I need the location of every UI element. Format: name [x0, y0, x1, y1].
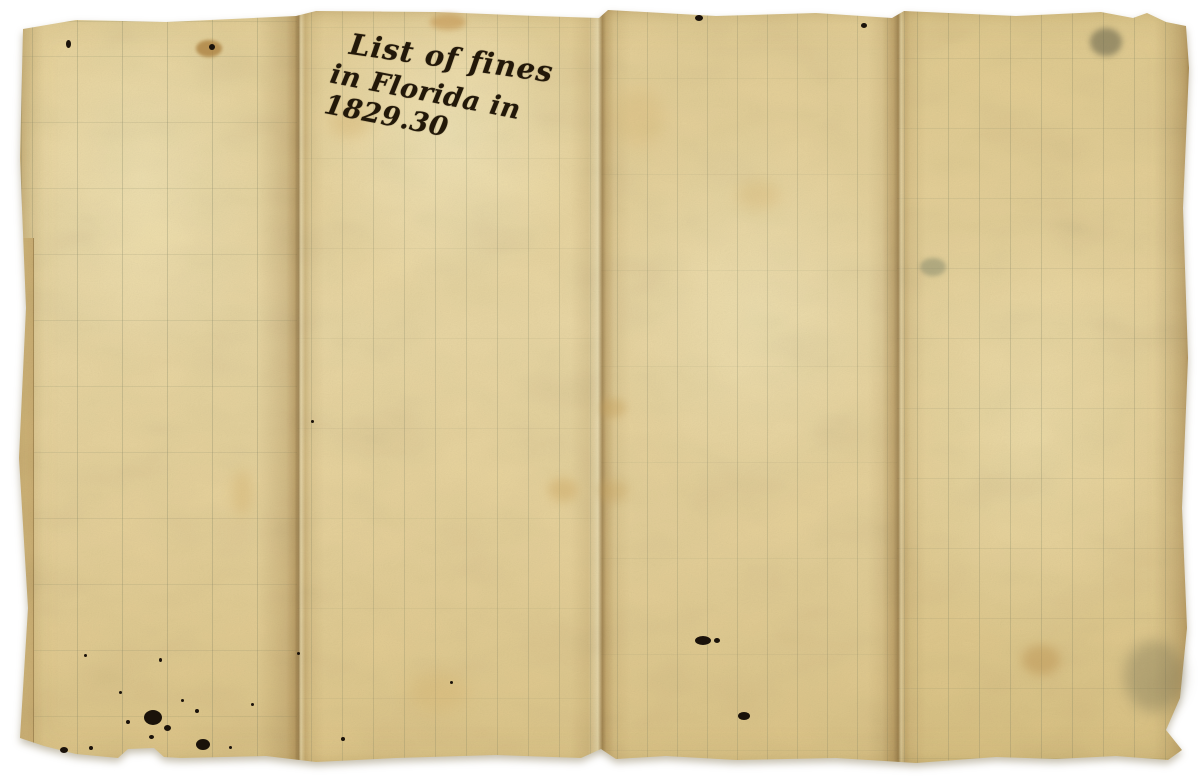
left-edge-sliver — [16, 238, 34, 769]
scanned-document-root: List of fines in Florida in 1829.30 — [0, 0, 1200, 778]
paper-shadow-wrap — [0, 0, 1200, 778]
paper-panel-1 — [16, 8, 297, 769]
paper-panel-2 — [297, 8, 601, 769]
paper-sheet — [16, 8, 1189, 769]
paper-panel-4 — [897, 8, 1189, 769]
paper-panel-3 — [601, 8, 897, 769]
